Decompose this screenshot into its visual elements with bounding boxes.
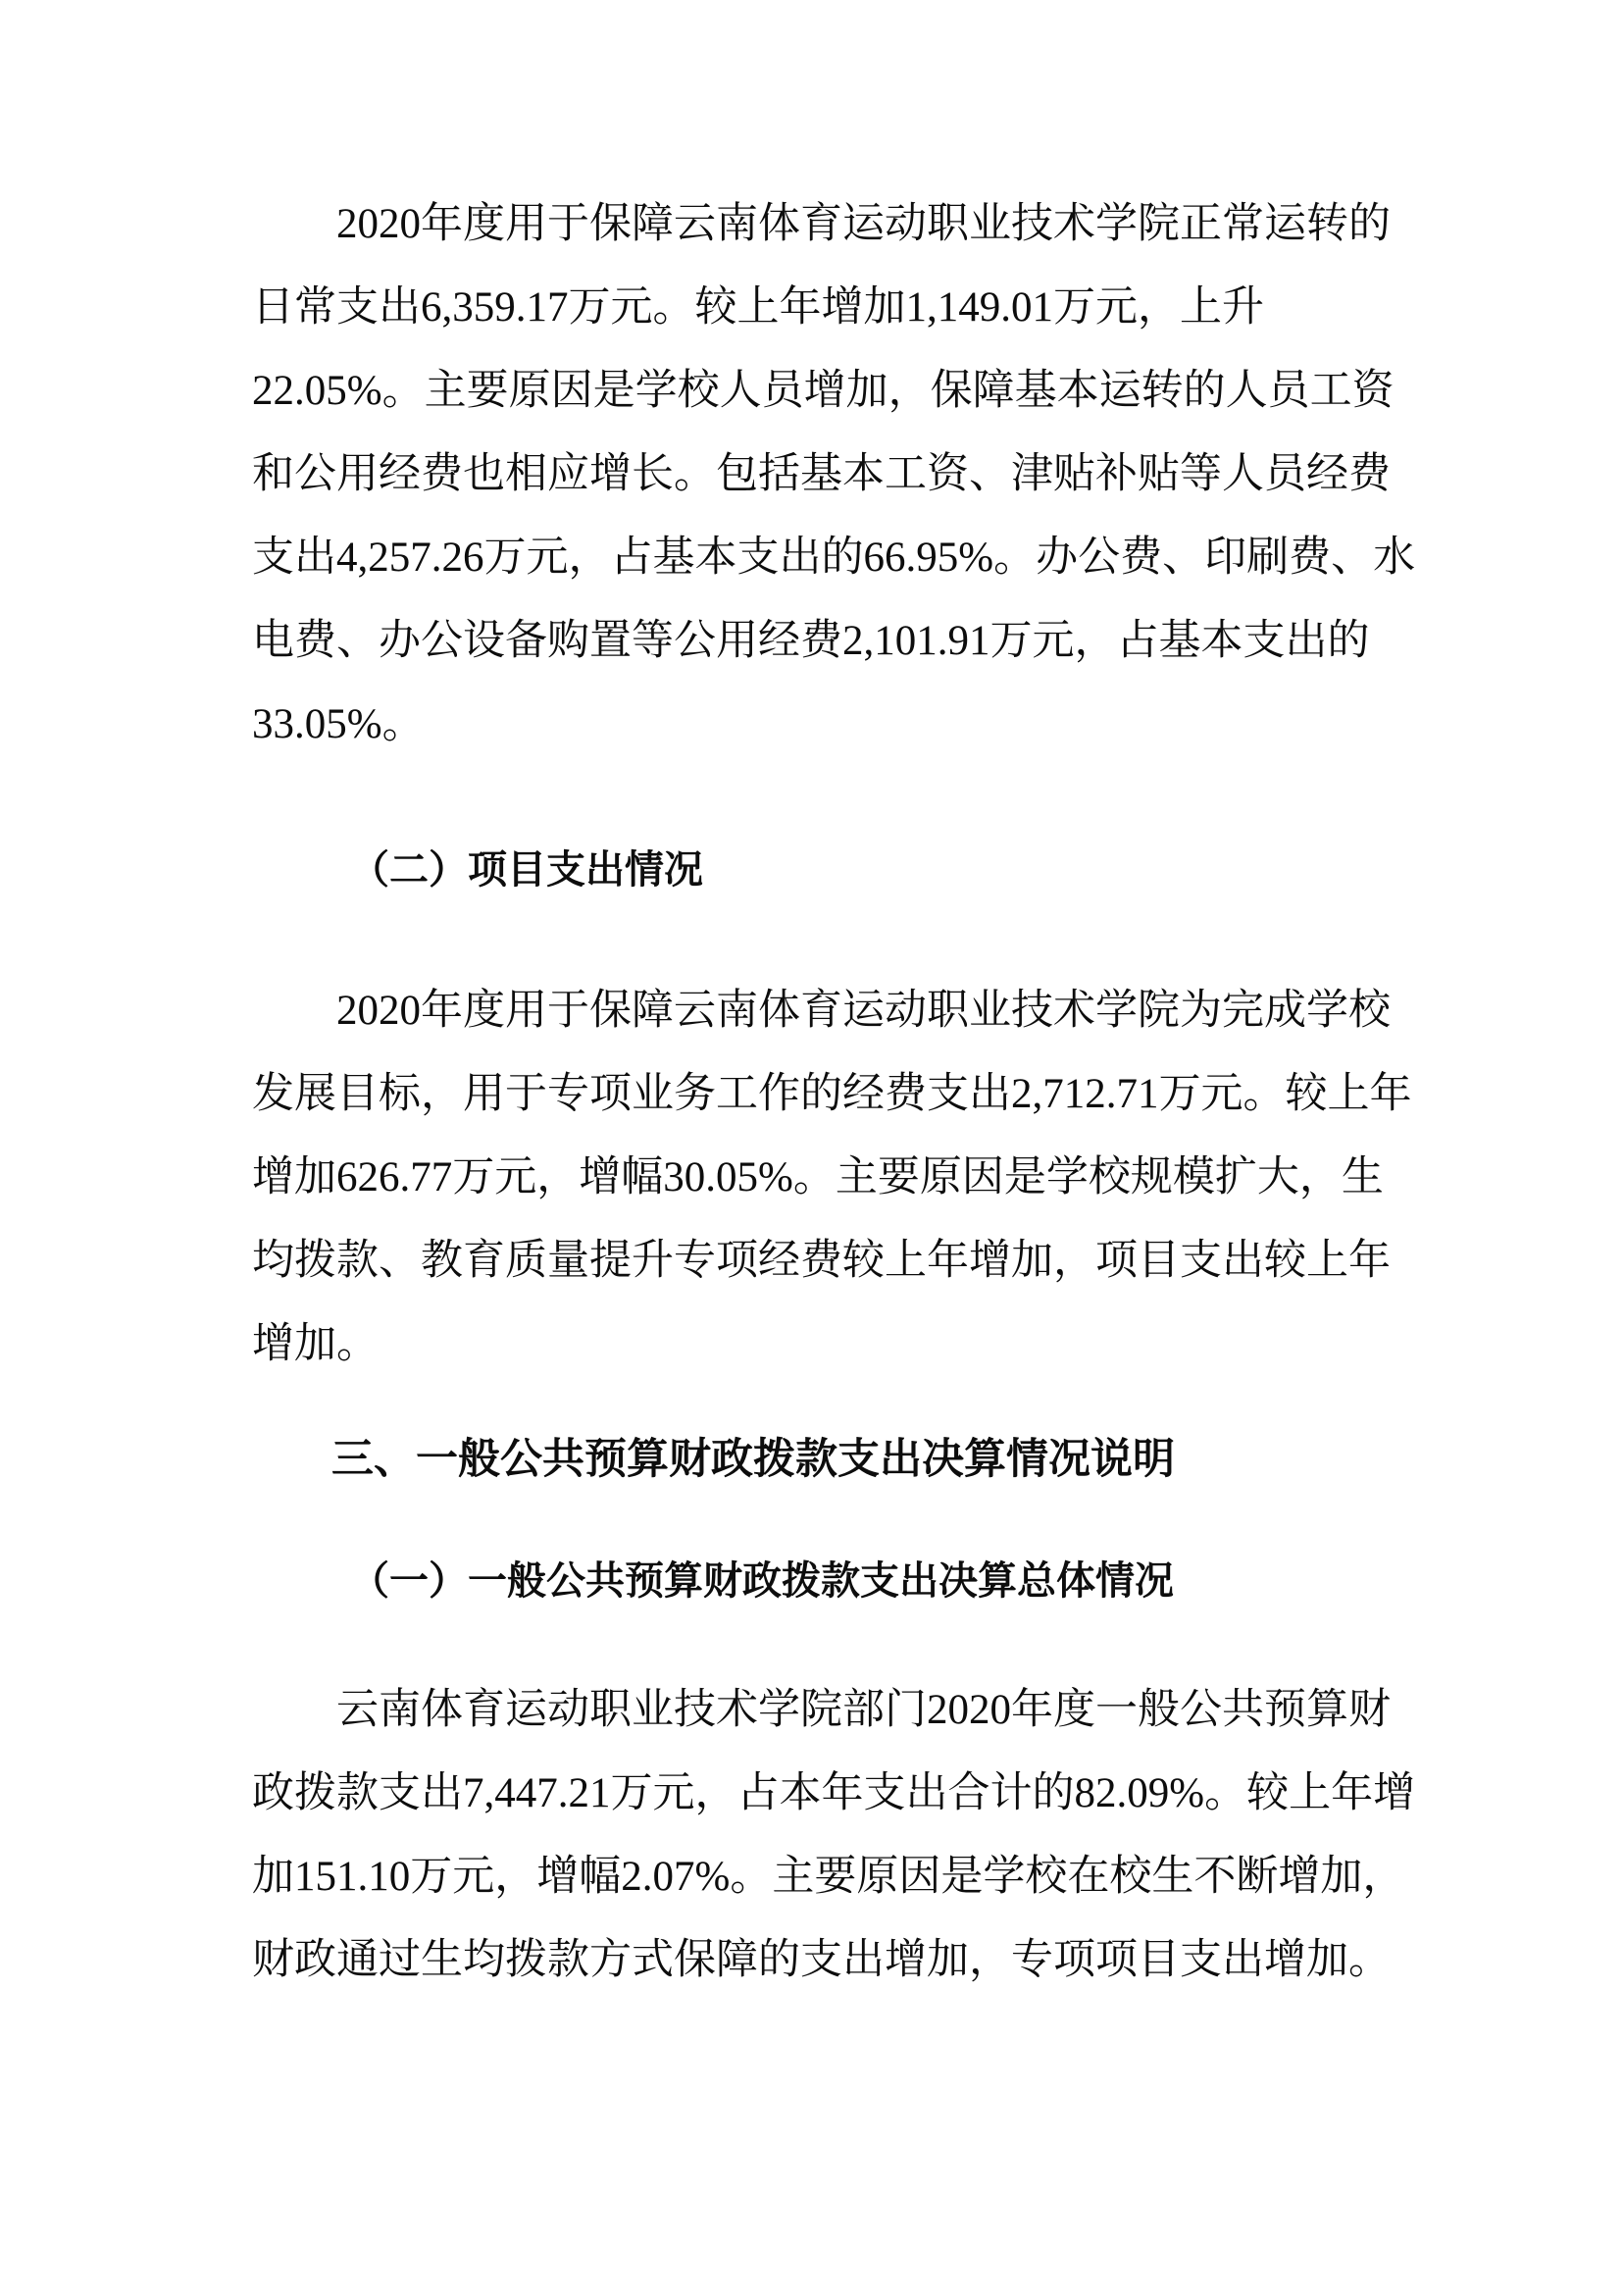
body-line: 和公用经费也相应增长。包括基本工资、津贴补贴等人员经费 [252, 433, 1375, 516]
body-line: 22.05%。主要原因是学校人员增加，保障基本运转的人员工资 [252, 349, 1375, 433]
body-line: 2020年度用于保障云南体育运动职业技术学院为完成学校 [252, 969, 1375, 1052]
heading-section-three: 三、一般公共预算财政拨款支出决算情况说明 [252, 1418, 1375, 1502]
body-line: 云南体育运动职业技术学院部门2020年度一般公共预算财 [252, 1668, 1375, 1752]
body-line: 政拨款支出7,447.21万元，占本年支出合计的82.09%。较上年增 [252, 1752, 1375, 1835]
paragraph-general-budget: 云南体育运动职业技术学院部门2020年度一般公共预算财 政拨款支出7,447.2… [252, 1668, 1375, 2002]
body-line: 加151.10万元，增幅2.07%。主要原因是学校在校生不断增加， [252, 1835, 1375, 1918]
body-line: 日常支出6,359.17万元。较上年增加1,149.01万元，上升 [252, 266, 1375, 349]
heading-project-expenditure: （二）项目支出情况 [252, 828, 1375, 911]
paragraph-basic-expenditure: 2020年度用于保障云南体育运动职业技术学院正常运转的 日常支出6,359.17… [252, 182, 1375, 766]
body-line: 增加。 [252, 1302, 1375, 1386]
body-line: 财政通过生均拨款方式保障的支出增加，专项项目支出增加。 [252, 1918, 1375, 2002]
heading-overall-situation: （一）一般公共预算财政拨款支出决算总体情况 [252, 1539, 1375, 1622]
body-line: 增加626.77万元，增幅30.05%。主要原因是学校规模扩大，生 [252, 1136, 1375, 1219]
body-line: 2020年度用于保障云南体育运动职业技术学院正常运转的 [252, 182, 1375, 266]
body-line: 电费、办公设备购置等公用经费2,101.91万元，占基本支出的 [252, 599, 1375, 683]
body-line: 支出4,257.26万元，占基本支出的66.95%。办公费、印刷费、水 [252, 516, 1375, 599]
body-line: 33.05%。 [252, 683, 1375, 766]
body-line: 均拨款、教育质量提升专项经费较上年增加，项目支出较上年 [252, 1219, 1375, 1302]
body-line: 发展目标，用于专项业务工作的经费支出2,712.71万元。较上年 [252, 1052, 1375, 1136]
document-page: 2020年度用于保障云南体育运动职业技术学院正常运转的 日常支出6,359.17… [0, 0, 1623, 2296]
paragraph-project-expenditure: 2020年度用于保障云南体育运动职业技术学院为完成学校 发展目标，用于专项业务工… [252, 969, 1375, 1386]
